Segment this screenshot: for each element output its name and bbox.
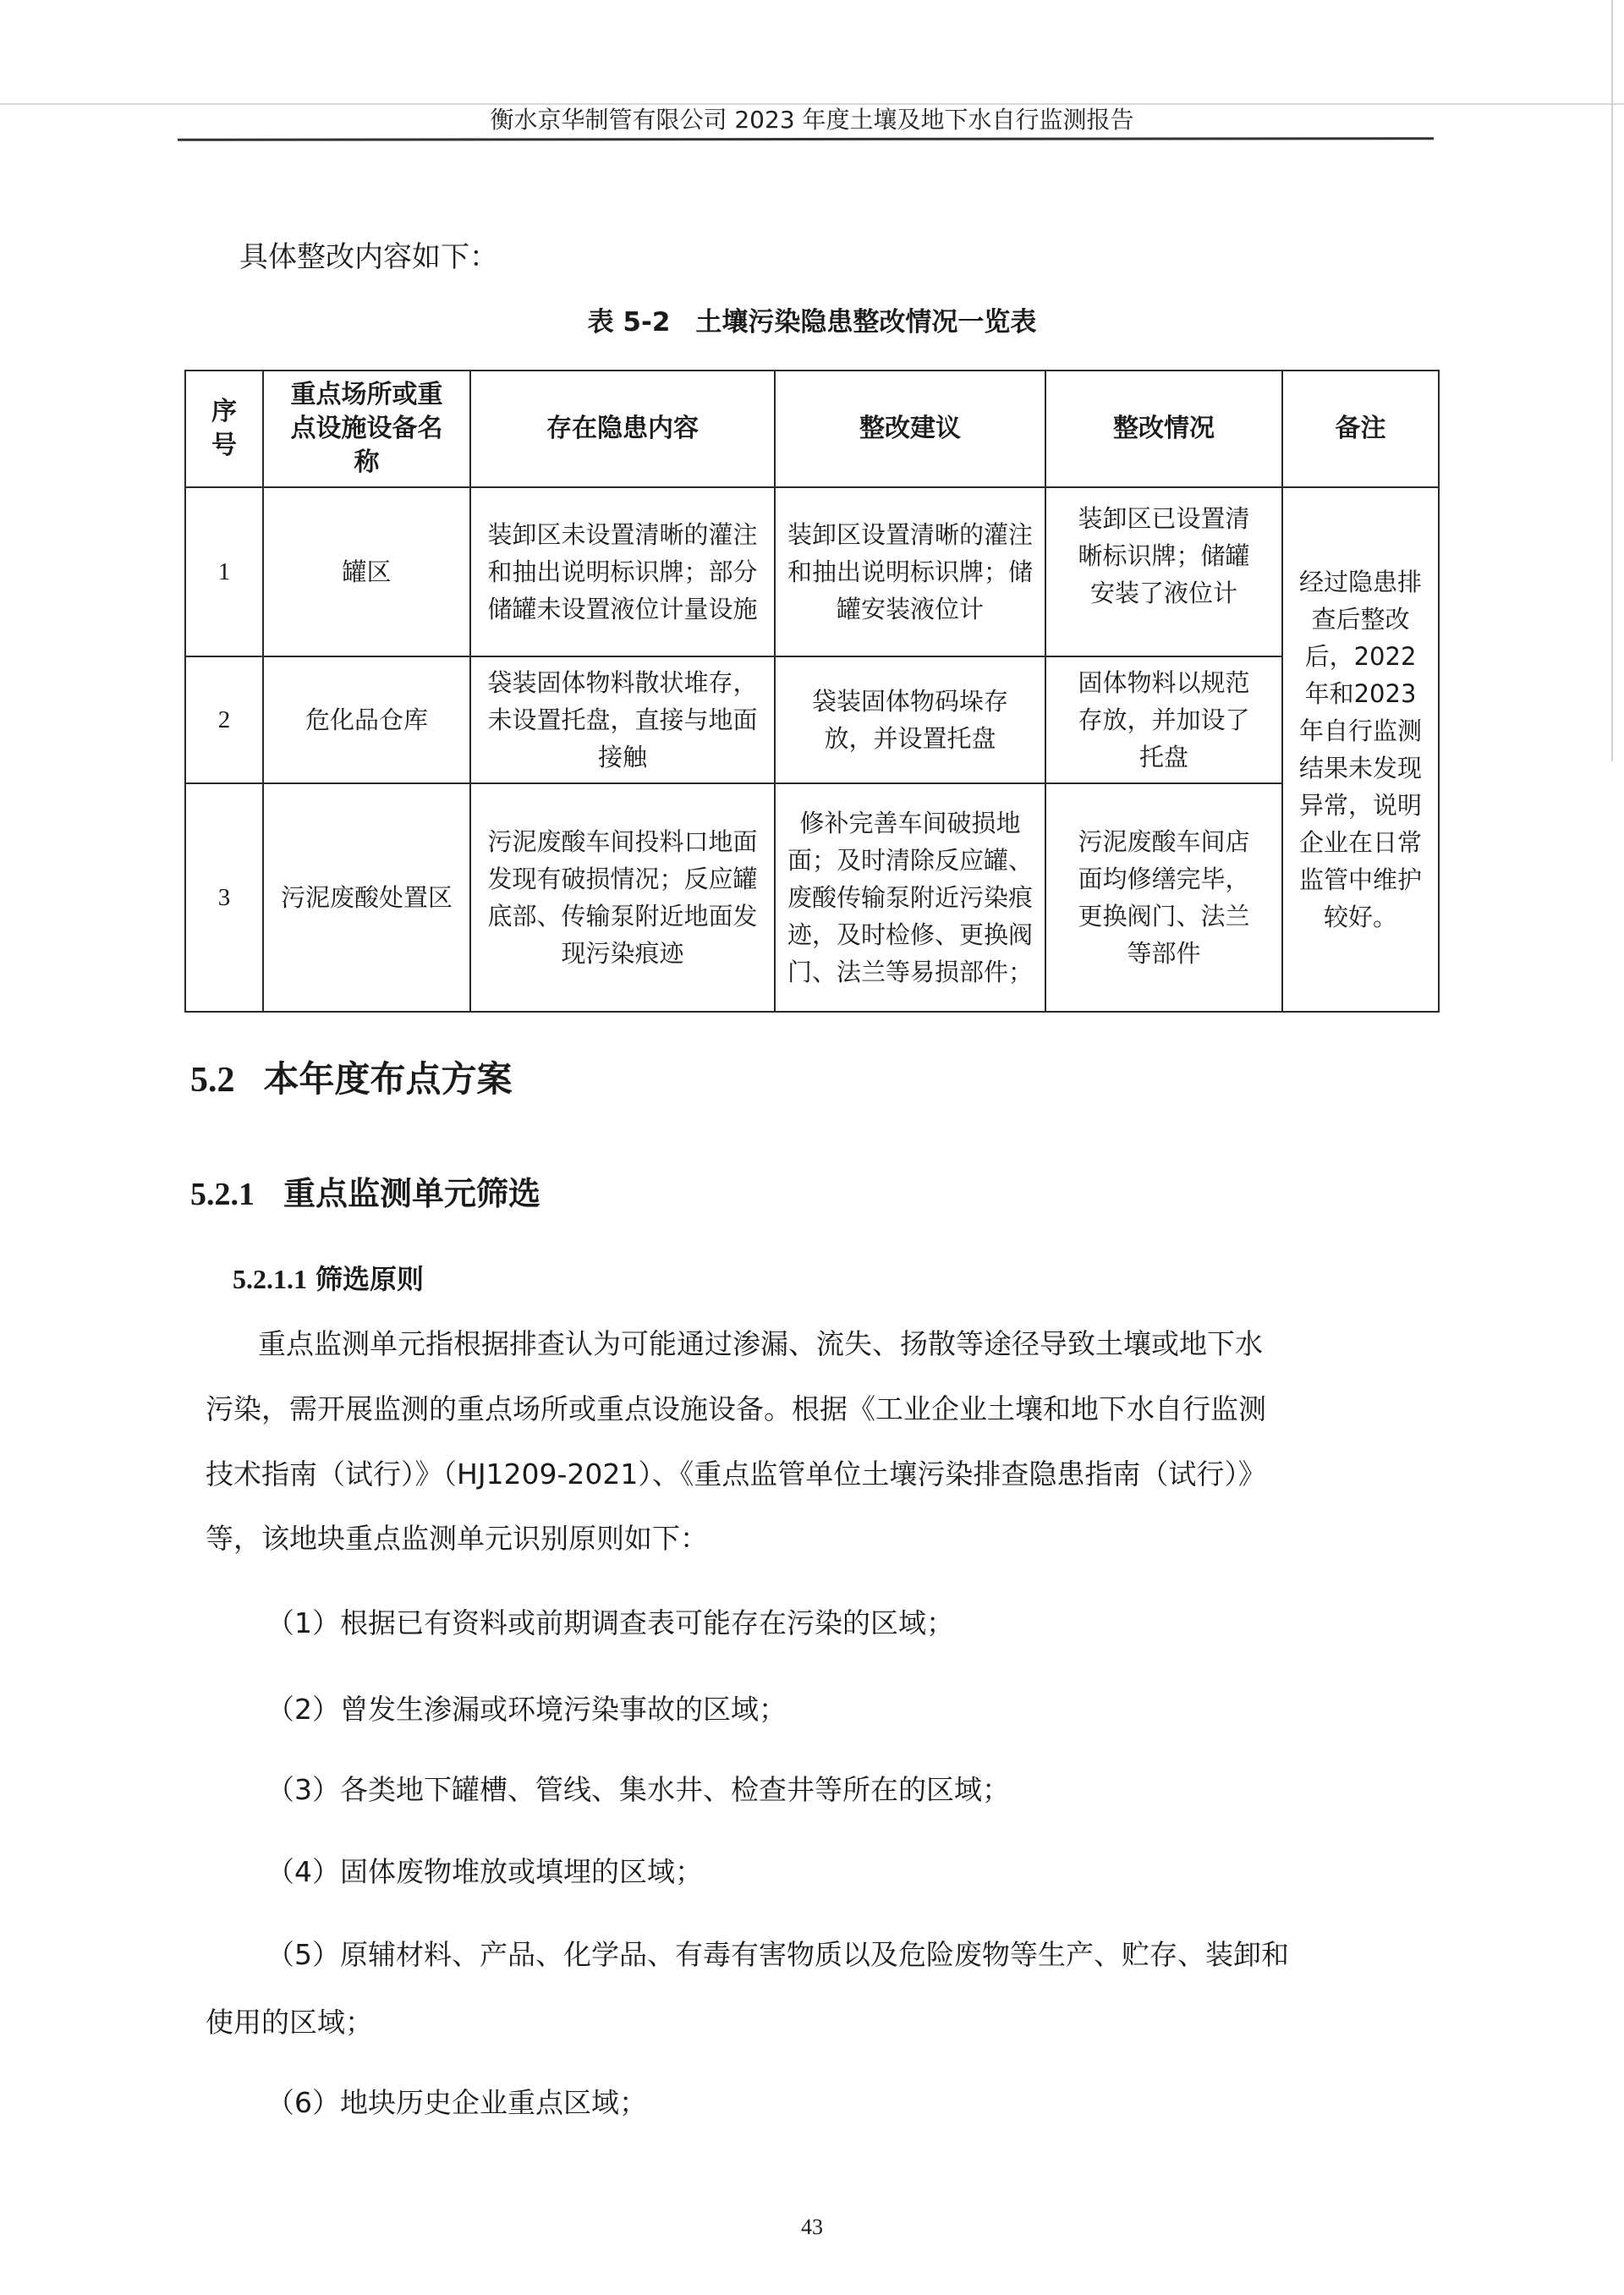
table-caption-title: 土壤污染隐患整改情况一览表 xyxy=(695,307,1036,338)
table-row: 1 罐区 装卸区未设置清晰的灌注和抽出说明标识牌；部分储罐未设置液位计量设施 装… xyxy=(185,487,1439,656)
cell-suggestion: 修补完善车间破损地面；及时清除反应罐、废酸传输泵附近污染痕迹，及时检修、更换阀门… xyxy=(775,783,1045,1012)
cell-no: 3 xyxy=(185,783,263,1012)
section-heading-5-2: 5.2本年度布点方案 xyxy=(190,1051,513,1102)
cell-no: 1 xyxy=(185,487,263,656)
cell-status: 装卸区已设置清晰标识牌；储罐安装了液位计 xyxy=(1045,487,1282,656)
principle-item-5-cont: 使用的区域； xyxy=(206,2001,373,2040)
cell-suggestion: 装卸区设置清晰的灌注和抽出说明标识牌；储罐安装液位计 xyxy=(775,487,1045,656)
cell-hazard: 装卸区未设置清晰的灌注和抽出说明标识牌；部分储罐未设置液位计量设施 xyxy=(470,487,775,656)
paragraph-line: 重点监测单元指根据排查认为可能通过渗漏、流失、扬散等途径导致土壤或地下水 xyxy=(258,1322,1263,1362)
rectification-table: 序号 重点场所或重点设施设备名称 存在隐患内容 整改建议 整改情况 备注 1 罐… xyxy=(184,370,1440,1013)
paragraph-line: 等，该地块重点监测单元识别原则如下： xyxy=(206,1517,708,1557)
paragraph-line: 技术指南（试行）》（HJ1209-2021）、《重点监管单位土壤污染排查隐患指南… xyxy=(206,1452,1266,1492)
principle-item-2: （2）曾发生渗漏或环境污染事故的区域； xyxy=(266,1688,787,1727)
col-header-hazard: 存在隐患内容 xyxy=(470,371,775,487)
principle-item-4: （4）固体废物堆放或填埋的区域； xyxy=(266,1850,703,1890)
intro-text: 具体整改内容如下： xyxy=(239,233,498,275)
header-rule xyxy=(178,137,1434,141)
principle-item-1: （1）根据已有资料或前期调查表可能存在污染的区域； xyxy=(266,1601,954,1641)
col-header-site: 重点场所或重点设施设备名称 xyxy=(263,371,470,487)
scan-edge-mark xyxy=(1611,0,1613,761)
principle-item-3: （3）各类地下罐槽、管线、集水井、检查井等所在的区域； xyxy=(266,1768,1010,1808)
col-header-status: 整改情况 xyxy=(1045,371,1282,487)
cell-hazard: 袋装固体物料散状堆存，未设置托盘，直接与地面接触 xyxy=(470,656,775,783)
running-header: 衡水京华制管有限公司 2023 年度土壤及地下水自行监测报告 xyxy=(0,102,1624,135)
principle-item-5: （5）原辅材料、产品、化学品、有毒有害物质以及危险废物等生产、贮存、装卸和 xyxy=(266,1933,1289,1973)
paragraph-line: 污染，需开展监测的重点场所或重点设施设备。根据《工业企业土壤和地下水自行监测 xyxy=(206,1387,1266,1427)
table-caption: 表 5-2土壤污染隐患整改情况一览表 xyxy=(0,300,1624,338)
table-row: 2 危化品仓库 袋装固体物料散状堆存，未设置托盘，直接与地面接触 袋装固体物码垛… xyxy=(185,656,1439,783)
table-caption-number: 表 5-2 xyxy=(588,307,671,338)
cell-status: 固体物料以规范存放，并加设了托盘 xyxy=(1045,656,1282,783)
table-row: 3 污泥废酸处置区 污泥废酸车间投料口地面发现有破损情况；反应罐底部、传输泵附近… xyxy=(185,783,1439,1012)
section-heading-5-2-1: 5.2.1重点监测单元筛选 xyxy=(190,1167,540,1214)
table-header-row: 序号 重点场所或重点设施设备名称 存在隐患内容 整改建议 整改情况 备注 xyxy=(185,371,1439,487)
cell-hazard: 污泥废酸车间投料口地面发现有破损情况；反应罐底部、传输泵附近地面发现污染痕迹 xyxy=(470,783,775,1012)
cell-site: 危化品仓库 xyxy=(263,656,470,783)
cell-suggestion: 袋装固体物码垛存放，并设置托盘 xyxy=(775,656,1045,783)
col-header-note: 备注 xyxy=(1282,371,1439,487)
cell-site: 污泥废酸处置区 xyxy=(263,783,470,1012)
col-header-suggestion: 整改建议 xyxy=(775,371,1045,487)
section-heading-5-2-1-1: 5.2.1.1筛选原则 xyxy=(233,1258,424,1297)
cell-site: 罐区 xyxy=(263,487,470,656)
page-number: 43 xyxy=(0,2215,1624,2240)
cell-status: 污泥废酸车间店面均修缮完毕，更换阀门、法兰等部件 xyxy=(1045,783,1282,1012)
cell-note: 经过隐患排查后整改后，2022年和2023年自行监测结果未发现异常，说明企业在日… xyxy=(1282,487,1439,1012)
col-header-no: 序号 xyxy=(185,371,263,487)
principle-item-6: （6）地块历史企业重点区域； xyxy=(266,2081,647,2121)
cell-no: 2 xyxy=(185,656,263,783)
